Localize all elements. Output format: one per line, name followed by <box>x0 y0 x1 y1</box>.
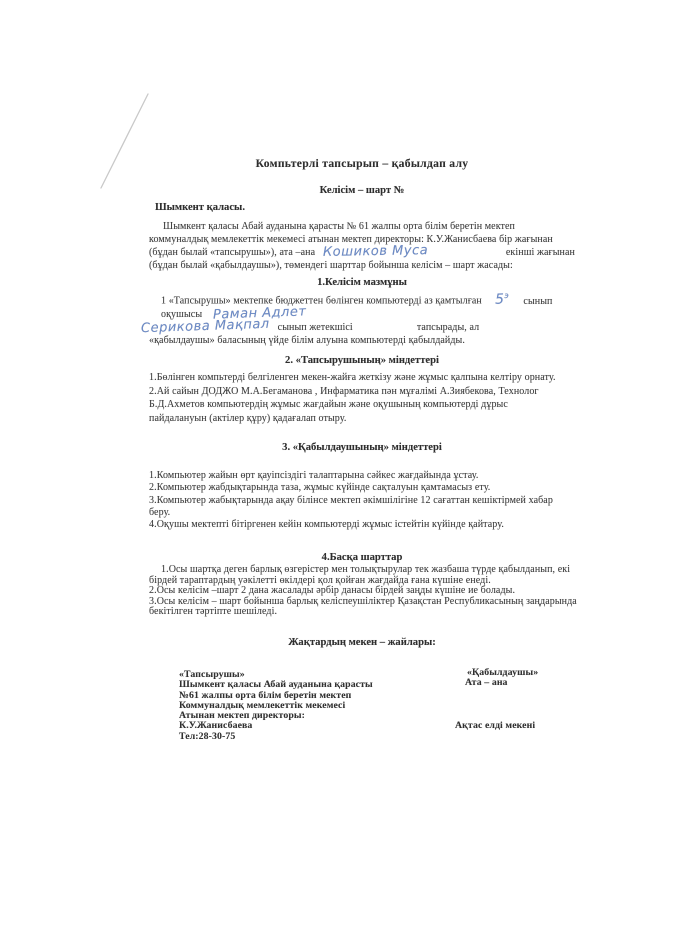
section1-body: 1 «Тапсырушы» мектепке бюджеттен бөлінге… <box>149 290 575 347</box>
scan-crease-line <box>98 92 150 190</box>
section3-line: 2.Компьютер жабдықтарында таза, жұмыс кү… <box>149 482 575 494</box>
section2-line: Б.Д.Ахметов компьютердің жұмыс жағдайын … <box>149 398 575 412</box>
section1-line-text: сынып жетекшісі <box>278 321 353 334</box>
section1-line-text: 1 «Тапсырушы» мектепке бюджеттен бөлінге… <box>161 296 482 307</box>
section2-line: 2.Ай сайын ДОДЖО М.А.Бегаманова , Инфарм… <box>149 385 575 399</box>
recipient-details: «Қабылдаушы» Ата – ана <box>455 668 595 689</box>
section3-heading: 3. «Қабылдаушының» міндеттері <box>149 441 575 454</box>
section1-line-text: тапсырады, ал <box>417 321 479 334</box>
intro-paragraph: Шымкент қаласы Абай ауданына қарасты № 6… <box>149 220 575 272</box>
section4-line: бекітілген тәртіпте шешіледі. <box>149 607 575 618</box>
section2-body: 1.Бөлінген компьтерді белгіленген мекен-… <box>149 371 575 425</box>
intro-line: (бұдан былай «тапсырушы»), ата –ана Коши… <box>149 246 575 259</box>
handwritten-teacher-name: Серикова Мақпал <box>141 318 270 334</box>
section1-line: Серикова Мақпал сынып жетекшісі тапсырад… <box>149 321 575 334</box>
recipient-role-label: Ата – ана <box>455 678 595 688</box>
city-heading: Шымкент қаласы. <box>149 201 581 214</box>
recipient-settlement-name: Ақтас елді мекені <box>455 721 605 731</box>
contract-number-line: Келісім – шарт № <box>149 184 575 197</box>
recipient-settlement: Ақтас елді мекені <box>455 721 605 731</box>
handwritten-grade-suffix: э <box>504 291 509 300</box>
transferor-phone: Тел:28-30-75 <box>179 732 439 742</box>
section1-line-text: оқушысы <box>161 309 202 320</box>
scanned-contract-page: Компьтерлі тапсырып – қабылдап алу Келіс… <box>0 0 673 950</box>
document-title: Компьтерлі тапсырып – қабылдап алу <box>149 157 575 170</box>
intro-line: (бұдан былай «қабылдаушы»), төмендегі ша… <box>149 259 575 272</box>
section2-line: пайдалануын (актілер құру) қадағалап оты… <box>149 412 575 426</box>
section1-heading: 1.Келісім мазмұны <box>149 276 575 289</box>
section1-line-text: сынып <box>523 296 552 307</box>
section3-line: 3.Компьютер жабықтарында ақау білінсе ме… <box>149 495 575 507</box>
section3-line: 4.Оқушы мектепті бітіргенен кейін компью… <box>149 519 575 531</box>
section3-body: 1.Компьютер жайын өрт қауіпсіздігі талап… <box>149 470 575 531</box>
section3-line: беру. <box>149 507 575 519</box>
addresses-heading: Жақтардың мекен – жайлары: <box>149 636 575 649</box>
handwritten-grade: 5э <box>494 290 509 306</box>
section3-line: 1.Компьютер жайын өрт қауіпсіздігі талап… <box>149 470 575 482</box>
handwritten-grade-number: 5 <box>494 292 504 308</box>
section1-line: «қабылдаушы» баласының үйде білім алуына… <box>149 334 575 347</box>
section2-line: 1.Бөлінген компьтерді белгіленген мекен-… <box>149 371 575 385</box>
handwritten-parent-name: Кошиков Муса <box>323 245 428 259</box>
section2-heading: 2. «Тапсырушының» міндеттері <box>149 354 575 367</box>
intro-line-text: екінші жағынан <box>506 246 575 259</box>
transferor-details: «Тапсырушы» Шымкент қаласы Абай ауданына… <box>179 670 439 742</box>
section1-line: 1 «Тапсырушы» мектепке бюджеттен бөлінге… <box>149 290 575 308</box>
intro-line: Шымкент қаласы Абай ауданына қарасты № 6… <box>149 220 575 233</box>
section4-line: 1.Осы шартқа деген барлық өзгерістер мен… <box>149 565 575 576</box>
section4-body: 1.Осы шартқа деген барлық өзгерістер мен… <box>149 565 575 618</box>
intro-line-text: (бұдан былай «тапсырушы»), ата –ана <box>149 246 315 259</box>
section4-heading: 4.Басқа шарттар <box>149 551 575 564</box>
